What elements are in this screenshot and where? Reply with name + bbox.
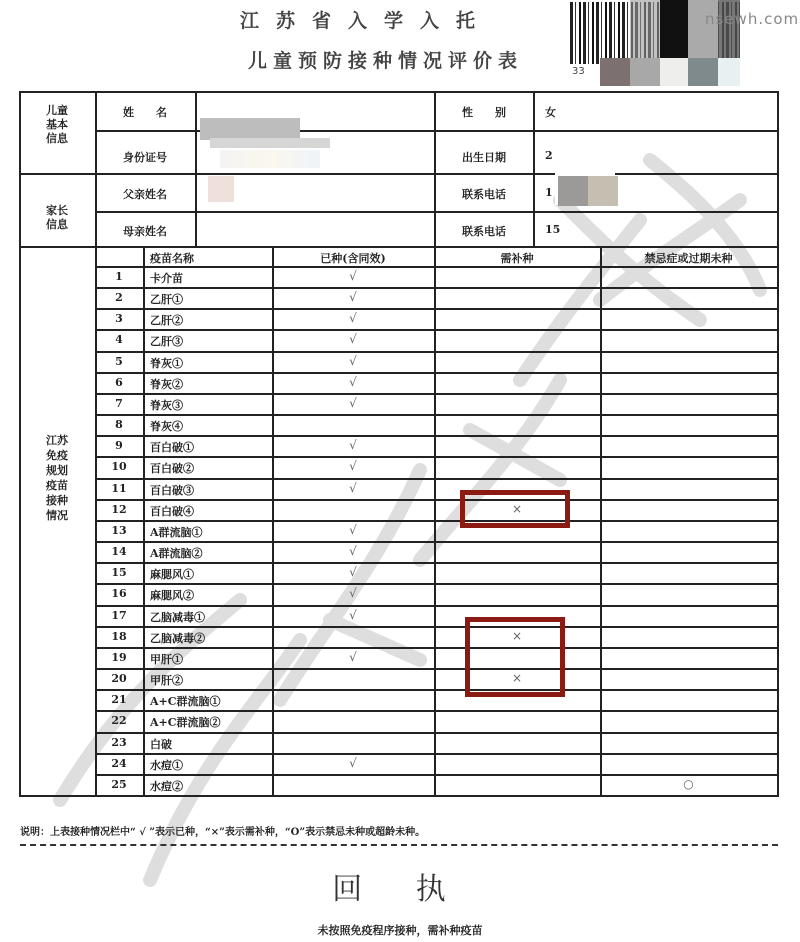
- form-title-line1: 江苏省入学入托: [240, 6, 540, 33]
- table-border: [95, 626, 777, 628]
- redacted-phone-a: [558, 176, 588, 206]
- row-number: 10: [95, 460, 143, 473]
- vaccine-name: 白破: [150, 736, 172, 752]
- vaccine-name: A+C群流脑①: [150, 693, 221, 709]
- vaccine-name: 百白破④: [150, 503, 194, 519]
- done-mark: √: [272, 290, 434, 304]
- vaccine-name: 脊灰②: [150, 376, 183, 392]
- redacted-father-name: [208, 176, 234, 202]
- row-number: 5: [95, 355, 143, 368]
- vaccine-name: 水痘①: [150, 757, 183, 773]
- done-mark: √: [272, 608, 434, 622]
- row-number: 20: [95, 672, 143, 685]
- table-border: [95, 435, 777, 437]
- done-mark: √: [272, 269, 434, 283]
- vaccine-name: A群流脑②: [150, 545, 203, 561]
- vaccine-name: A群流脑①: [150, 524, 203, 540]
- child-info-section-label: 儿童基本信息: [19, 104, 95, 146]
- row-number: 17: [95, 609, 143, 622]
- done-mark: √: [272, 481, 434, 495]
- site-watermark: nsewh.com: [705, 10, 799, 28]
- row-number: 1: [95, 270, 143, 283]
- gender-value: 女: [545, 104, 556, 120]
- table-border: [95, 266, 777, 268]
- phone1-label: 联系电话: [434, 186, 534, 202]
- vaccine-name: 乙肝③: [150, 333, 183, 349]
- done-mark: √: [272, 459, 434, 473]
- table-border: [95, 351, 777, 353]
- vaccine-name: 脊灰①: [150, 355, 183, 371]
- phone2-value: 15: [545, 223, 560, 236]
- row-number: 14: [95, 545, 143, 558]
- vaccine-name: 甲肝①: [150, 651, 183, 667]
- vaccine-name: 脊灰④: [150, 418, 183, 434]
- barcode-number: 33: [572, 66, 585, 77]
- highlight-box-row12: [460, 490, 570, 528]
- vaccine-name: 乙肝①: [150, 291, 183, 307]
- table-border: [95, 329, 777, 331]
- vaccine-name: 百白破①: [150, 439, 194, 455]
- table-border: [19, 246, 777, 248]
- table-border: [19, 91, 777, 93]
- dob-label: 出生日期: [434, 149, 534, 165]
- row-number: 15: [95, 566, 143, 579]
- table-border: [95, 499, 777, 501]
- receipt-subtitle: 未按照免疫程序接种，需补种疫苗: [0, 922, 800, 938]
- table-border: [95, 130, 777, 132]
- done-mark: √: [272, 544, 434, 558]
- table-border: [195, 91, 197, 246]
- table-border: [95, 774, 777, 776]
- done-mark: √: [272, 565, 434, 579]
- row-number: 23: [95, 736, 143, 749]
- row-number: 11: [95, 482, 143, 495]
- table-border: [95, 562, 777, 564]
- table-border: [95, 211, 777, 213]
- vaccine-name: 脊灰③: [150, 397, 183, 413]
- vaccine-name: 水痘②: [150, 778, 183, 794]
- vaccine-name: 乙肝②: [150, 312, 183, 328]
- table-border: [95, 308, 777, 310]
- vaccine-name: 甲肝②: [150, 672, 183, 688]
- row-number: 19: [95, 651, 143, 664]
- row-number: 13: [95, 524, 143, 537]
- dob-value: 2: [545, 149, 553, 162]
- done-mark: √: [272, 354, 434, 368]
- cut-line: [20, 844, 778, 846]
- table-border: [95, 689, 777, 691]
- vaccine-name: 乙脑减毒②: [150, 630, 205, 646]
- table-border: [95, 668, 777, 670]
- vaccine-name: 麻腮风①: [150, 566, 194, 582]
- done-mark: √: [272, 332, 434, 346]
- done-mark: √: [272, 438, 434, 452]
- table-border: [95, 605, 777, 607]
- col-header-vaccine-name: 疫苗名称: [150, 250, 194, 266]
- row-number: 22: [95, 714, 143, 727]
- done-mark: √: [272, 650, 434, 664]
- table-border: [95, 414, 777, 416]
- row-number: 21: [95, 693, 143, 706]
- vaccine-section-label: 江苏免疫规划疫苗接种情况: [19, 433, 95, 523]
- table-border: [95, 287, 777, 289]
- row-number: 18: [95, 630, 143, 643]
- row-number: 6: [95, 376, 143, 389]
- gender-label: 性 别: [434, 104, 534, 120]
- col-header-contraindicated: 禁忌症或过期未种: [600, 250, 777, 266]
- done-mark: √: [272, 311, 434, 325]
- vaccine-name: A+C群流脑②: [150, 714, 221, 730]
- row-number: 16: [95, 587, 143, 600]
- col-header-done: 已种(含同效): [272, 250, 434, 266]
- row-number: 4: [95, 333, 143, 346]
- phone1-value: 1: [545, 186, 553, 199]
- legend-note: 说明：上表接种情况栏中“ √ ”表示已种，“×”表示需补种，“O”表示禁忌未种或…: [20, 823, 425, 838]
- receipt-title: 回 执: [0, 864, 800, 908]
- row-number: 3: [95, 312, 143, 325]
- row-number: 8: [95, 418, 143, 431]
- done-mark: √: [272, 586, 434, 600]
- redacted-phone-b: [588, 176, 618, 206]
- table-border: [95, 541, 777, 543]
- vaccine-name: 卡介苗: [150, 270, 183, 286]
- table-border: [95, 372, 777, 374]
- vaccine-name: 麻腮风②: [150, 587, 194, 603]
- row-number: 25: [95, 778, 143, 791]
- table-border: [95, 393, 777, 395]
- form-title-line2: 儿童预防接种情况评价表: [248, 46, 558, 73]
- done-mark: √: [272, 375, 434, 389]
- redacted-name-shadow: [210, 138, 330, 148]
- contraindicated-mark: ○: [600, 777, 777, 791]
- row-number: 2: [95, 291, 143, 304]
- table-border: [95, 753, 777, 755]
- table-border: [95, 520, 777, 522]
- redacted-id-number: [220, 150, 320, 168]
- row-number: 7: [95, 397, 143, 410]
- table-border: [777, 91, 779, 797]
- row-number: 24: [95, 757, 143, 770]
- table-border: [95, 583, 777, 585]
- vaccine-name: 乙脑减毒①: [150, 609, 205, 625]
- table-border: [95, 732, 777, 734]
- redacted-name: [200, 118, 300, 140]
- table-border: [19, 795, 778, 797]
- vaccine-name: 百白破②: [150, 460, 194, 476]
- row-number: 12: [95, 503, 143, 516]
- highlight-box-rows18-20: [465, 617, 565, 697]
- done-mark: √: [272, 756, 434, 770]
- table-border: [95, 647, 777, 649]
- table-border: [95, 456, 777, 458]
- mother-name-label: 母亲姓名: [95, 223, 195, 239]
- parent-info-section-label: 家长信息: [19, 204, 95, 232]
- name-label: 姓 名: [95, 104, 195, 120]
- table-border: [95, 710, 777, 712]
- done-mark: √: [272, 523, 434, 537]
- phone2-label: 联系电话: [434, 223, 534, 239]
- row-number: 9: [95, 439, 143, 452]
- done-mark: √: [272, 396, 434, 410]
- vaccine-name: 百白破③: [150, 482, 194, 498]
- col-header-needs: 需补种: [434, 250, 600, 266]
- father-name-label: 父亲姓名: [95, 186, 195, 202]
- table-border: [95, 478, 777, 480]
- table-border: [19, 173, 777, 175]
- id-number-label: 身份证号: [95, 149, 195, 165]
